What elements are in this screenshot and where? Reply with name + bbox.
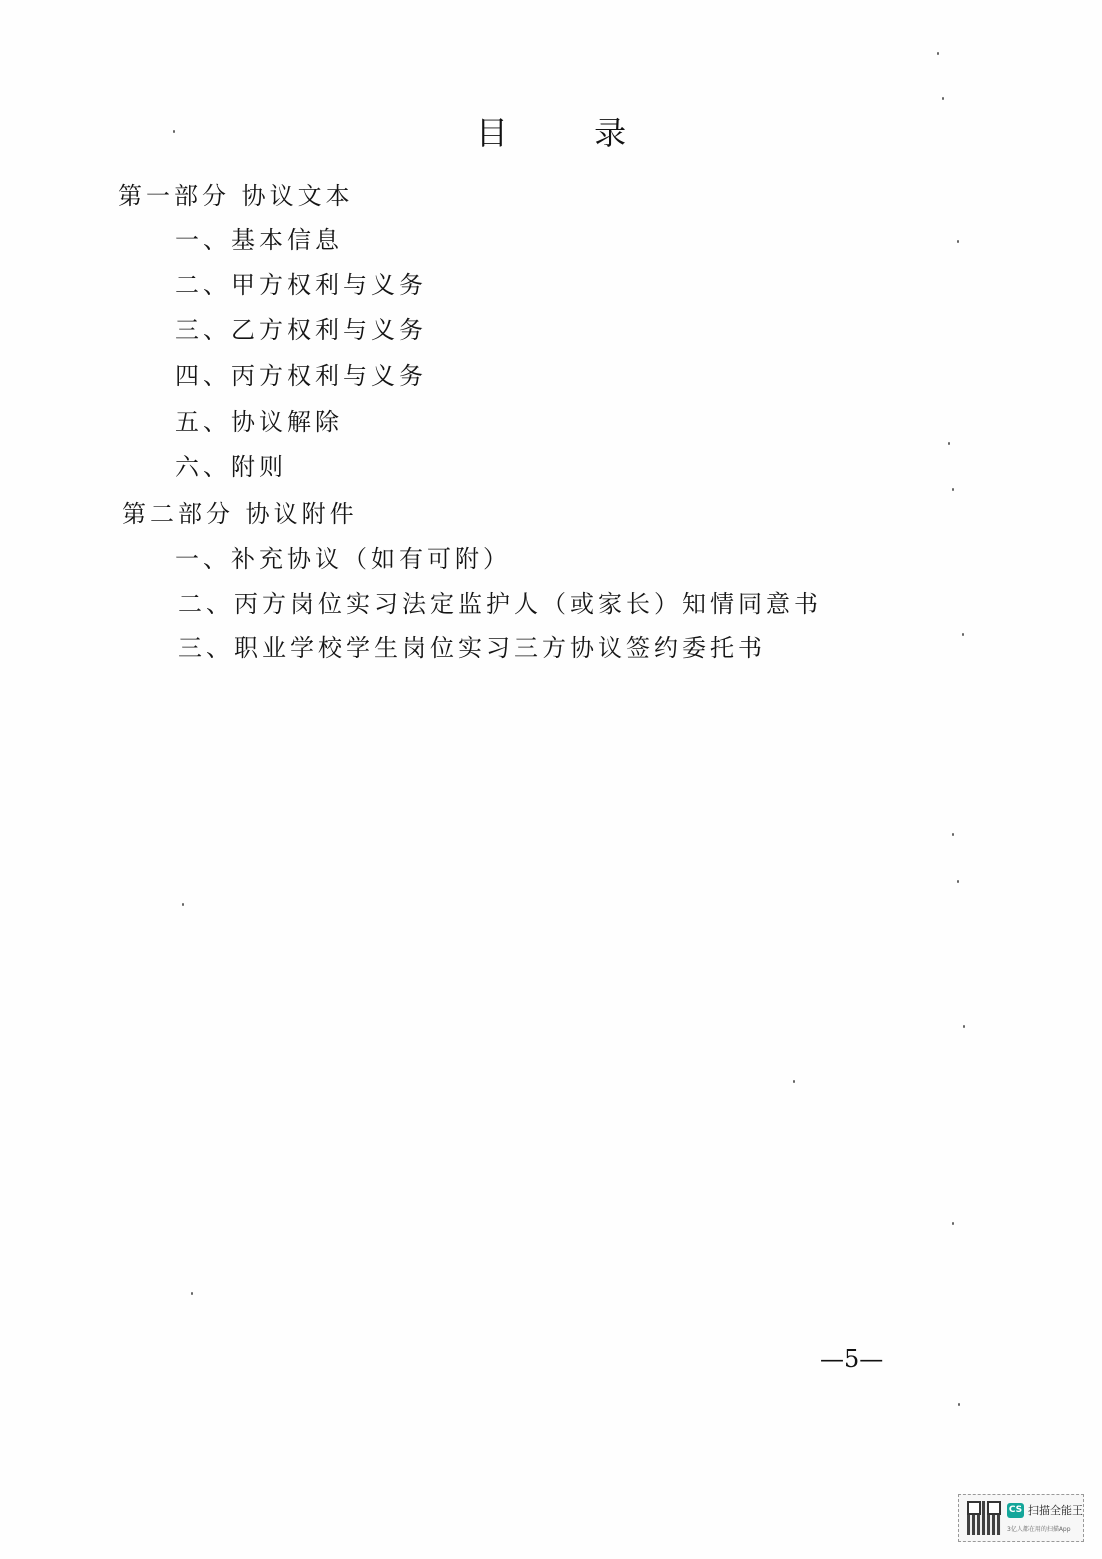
page-number: —5— [820, 1345, 883, 1373]
scan-speck [962, 633, 964, 636]
watermark-tagline: 3亿人都在用的扫描App [1007, 1524, 1071, 1533]
toc-item: 四、丙方权利与义务 [175, 356, 427, 391]
toc-item: 一、补充协议（如有可附） [175, 539, 511, 574]
toc-item: 三、职业学校学生岗位实习三方协议签约委托书 [178, 628, 766, 663]
scan-speck [793, 1080, 795, 1083]
scan-speck [952, 1222, 954, 1225]
toc-item: 三、乙方权利与义务 [175, 310, 427, 345]
scan-speck [942, 97, 944, 100]
camscanner-logo-icon: CS [1007, 1503, 1024, 1518]
toc-item: 五、协议解除 [175, 402, 343, 437]
scan-speck [952, 488, 954, 491]
scan-speck [948, 442, 950, 445]
scan-speck [957, 880, 959, 883]
scan-speck [182, 903, 184, 906]
toc-part-1: 第一部分 协议文本 [118, 176, 354, 211]
toc-item: 一、基本信息 [175, 220, 343, 255]
scan-speck [937, 52, 939, 55]
scan-speck [173, 130, 175, 133]
scanner-watermark: CS 扫描全能王 3亿人都在用的扫描App [958, 1494, 1084, 1542]
qr-code-icon [967, 1501, 1001, 1535]
scan-speck [191, 1292, 193, 1295]
scan-speck [963, 1025, 965, 1028]
scan-speck [957, 240, 959, 243]
toc-item: 六、附则 [175, 447, 287, 482]
scan-speck [958, 1403, 960, 1406]
watermark-brand: 扫描全能王 [1028, 1502, 1083, 1518]
toc-item: 二、丙方岗位实习法定监护人（或家长）知情同意书 [178, 584, 822, 619]
toc-part-2: 第二部分 协议附件 [122, 494, 358, 529]
scan-speck [952, 833, 954, 836]
toc-item: 二、甲方权利与义务 [175, 265, 427, 300]
page-title: 目 录 [0, 108, 1102, 154]
